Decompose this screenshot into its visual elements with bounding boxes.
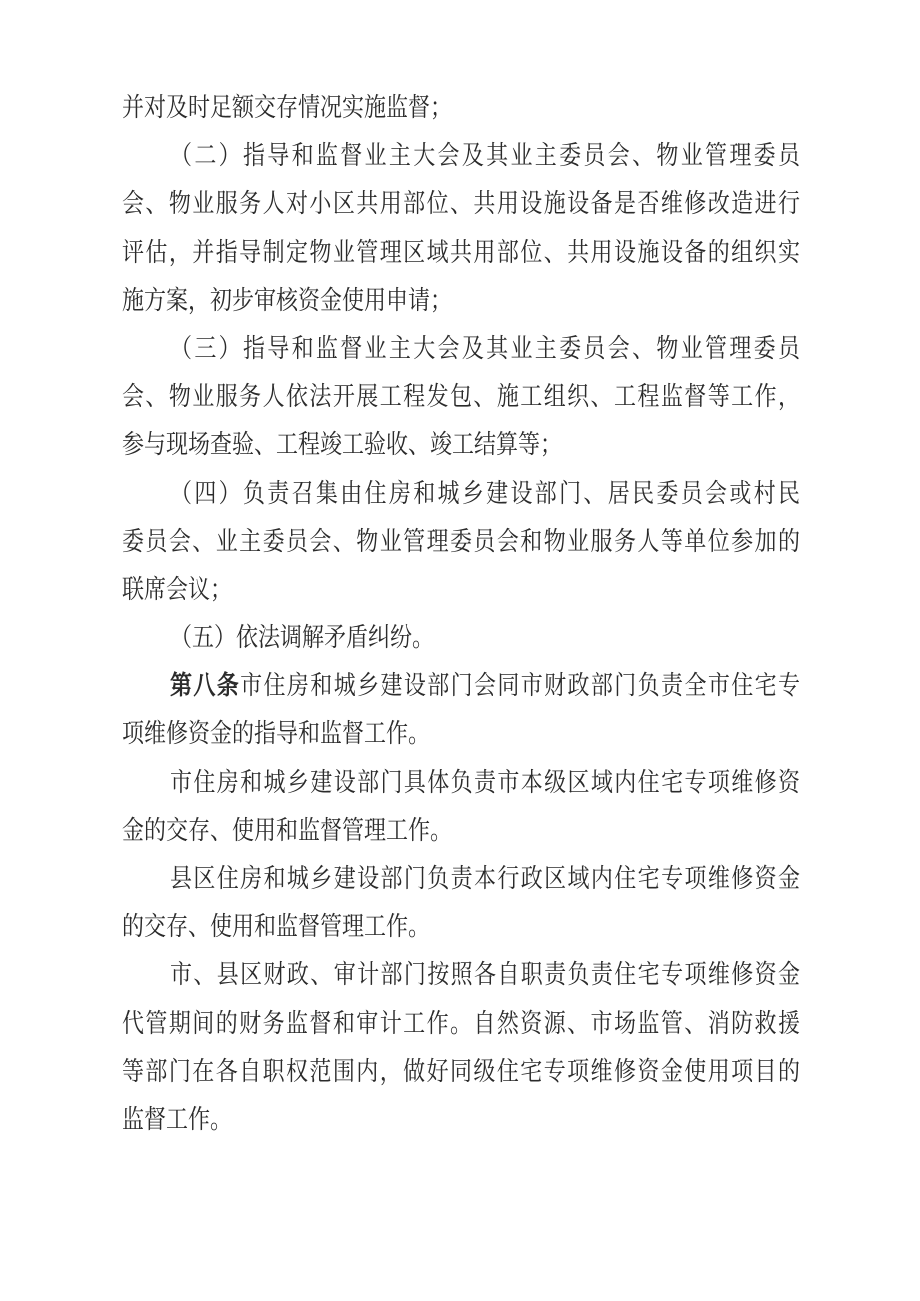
line-text: （五）依法调解矛盾纠纷。	[170, 623, 434, 653]
line-text: 项维修资金的指导和监督工作。	[122, 719, 430, 749]
line-text: 等部门在各自职权范围内，做好同级住宅专项维修资金使用项目的	[122, 1056, 800, 1086]
line-text: 市、县区财政、审计部门按照各自职责负责住宅专项维修资金	[170, 960, 800, 990]
document-line: 监督工作。	[122, 1092, 800, 1149]
line-text: 县区住房和城乡建设部门负责本行政区域内住宅专项维修资金	[170, 864, 800, 894]
line-text: 的交存、使用和监督管理工作。	[122, 912, 430, 942]
line-text: 代管期间的财务监督和审计工作。自然资源、市场监管、消防救援	[122, 1008, 800, 1038]
line-text: 市住房和城乡建设部门具体负责市本级区域内住宅专项维修资	[170, 767, 800, 797]
line-text: 参与现场查验、工程竣工验收、竣工结算等；	[122, 430, 562, 460]
line-text: 会、物业服务人对小区共用部位、共用设施设备是否维修改造进行	[122, 189, 800, 219]
line-text: （二）指导和监督业主大会及其业主委员会、物业管理委员	[170, 141, 800, 171]
line-text: 评估，并指导制定物业管理区域共用部位、共用设施设备的组织实	[122, 237, 800, 267]
line-text: 施方案，初步审核资金使用申请；	[122, 285, 452, 315]
line-text: 监督工作。	[122, 1105, 232, 1135]
line-text: 市住房和城乡建设部门会同市财政部门负责全市住宅专	[240, 671, 800, 701]
line-text: （三）指导和监督业主大会及其业主委员会、物业管理委员	[170, 334, 800, 364]
line-text: （四）负责召集由住房和城乡建设部门、居民委员会或村民	[170, 478, 800, 508]
article-number-bold: 第八条	[170, 671, 240, 701]
line-text: 委员会、业主委员会、物业管理委员会和物业服务人等单位参加的	[122, 526, 800, 556]
document-page: 并对及时足额交存情况实施监督；（二）指导和监督业主大会及其业主委员会、物业管理委…	[0, 0, 920, 1301]
line-text: 联席会议；	[122, 575, 232, 605]
line-text: 金的交存、使用和监督管理工作。	[122, 815, 452, 845]
document-text-block: 并对及时足额交存情况实施监督；（二）指导和监督业主大会及其业主委员会、物业管理委…	[122, 84, 800, 1144]
line-text: 会、物业服务人依法开展工程发包、施工组织、工程监督等工作，	[122, 382, 800, 412]
line-text: 并对及时足额交存情况实施监督；	[122, 93, 452, 123]
